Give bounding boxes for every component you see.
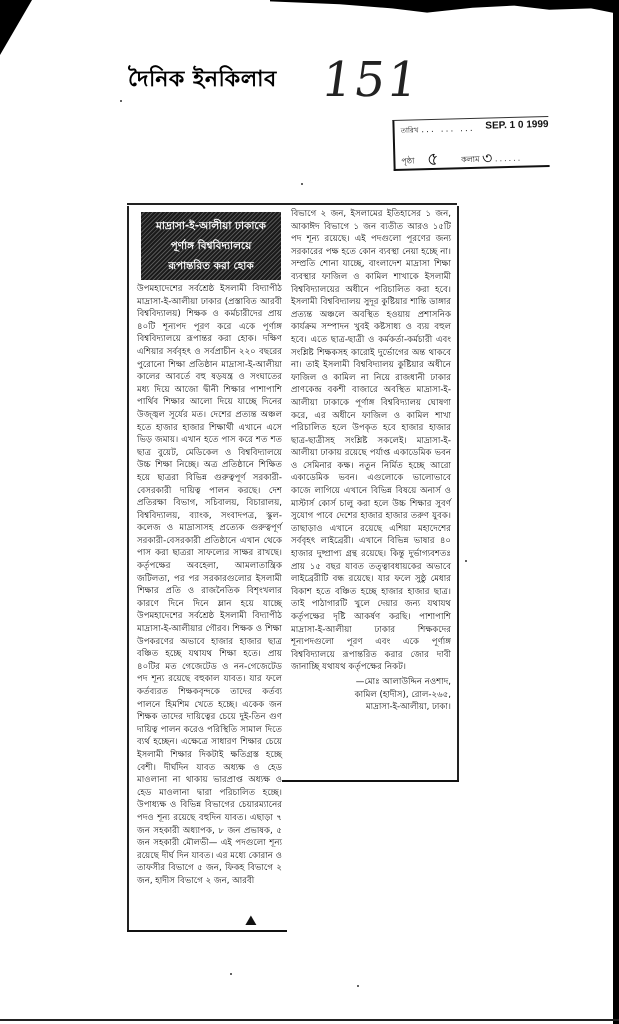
scan-edge-top <box>270 0 619 14</box>
article-body-left: উপমহাদেশের সর্বশ্রেষ্ঠ ইসলামী বিদ্যাপীঠ … <box>137 283 282 888</box>
headline-line: রূপান্তরিত করা হোক <box>141 256 281 276</box>
stamp-date-row: তারিখ ... ... ... SEP. 1 0 1999 <box>400 121 548 137</box>
scan-speck <box>301 183 303 185</box>
stamp-date-value: SEP. 1 0 1999 <box>485 119 548 132</box>
stamp-page-value: ৫ <box>427 149 439 170</box>
headline-line: পূর্ণাঙ্গ বিশ্ববিদ্যালয়ে <box>141 236 281 256</box>
scan-speck <box>357 985 359 987</box>
scan-speck <box>120 100 122 102</box>
headline-line: মাদ্রাসা-ই-আলীয়া ঢাকাকে <box>141 216 281 236</box>
byline-name: —মোঃ আলাউদ্দিন নওশাদ, <box>291 676 451 689</box>
scan-edge-left <box>0 0 32 55</box>
cut-mark-icon: ⛰ <box>245 913 257 929</box>
clipping-bottom-border-right <box>282 780 459 782</box>
article-body-right: বিভাগে ২ জন, ইসলামের ইতিহাসের ১ জন, আকাঈ… <box>291 208 451 714</box>
handwritten-page-number: 151 <box>318 52 423 108</box>
stamp-column-value: ৩ <box>482 148 493 167</box>
article-column-right: বিভাগে ২ জন, ইসলামের ইতিহাসের ১ জন, আকাঈ… <box>287 206 459 781</box>
clipping-top-border <box>127 203 457 205</box>
stamp-page-row: পৃষ্ঠা ৫ কলাম ৩ ...... <box>401 142 550 177</box>
stamp-column-dots: ...... <box>495 154 522 164</box>
byline-institution: মাদ্রাসা-ই-আলীয়া, ঢাকা। <box>291 701 451 714</box>
stamp-column-label: কলাম <box>461 155 480 164</box>
scan-speck <box>465 560 467 562</box>
newspaper-masthead: দৈনিক ইনকিলাব <box>128 62 277 99</box>
date-page-stamp: তারিখ ... ... ... SEP. 1 0 1999 পৃষ্ঠা ৫… <box>392 116 549 171</box>
stamp-date-dots: ... ... ... <box>421 124 475 135</box>
clipping-bottom-border-left <box>127 930 287 932</box>
article-clipping: মাদ্রাসা-ই-আলীয়া ঢাকাকে পূর্ণাঙ্গ বিশ্ব… <box>127 203 457 933</box>
byline-detail: কামিল (হাদীস), রোল-২৬৫, <box>291 689 451 702</box>
scan-speck <box>230 973 232 975</box>
article-body-right-text: বিভাগে ২ জন, ইসলামের ইতিহাসের ১ জন, আকাঈ… <box>291 209 451 672</box>
article-column-left: মাদ্রাসা-ই-আলীয়া ঢাকাকে পূর্ণাঙ্গ বিশ্ব… <box>127 206 284 931</box>
scan-edge-right <box>613 0 619 1024</box>
article-headline: মাদ্রাসা-ই-আলীয়া ঢাকাকে পূর্ণাঙ্গ বিশ্ব… <box>141 212 281 280</box>
scan-bottom-edge <box>0 1019 619 1021</box>
article-byline: —মোঃ আলাউদ্দিন নওশাদ, কামিল (হাদীস), রোল… <box>291 676 451 714</box>
stamp-date-label: তারিখ <box>401 126 419 134</box>
stamp-page-label: পৃষ্ঠা <box>401 156 414 165</box>
